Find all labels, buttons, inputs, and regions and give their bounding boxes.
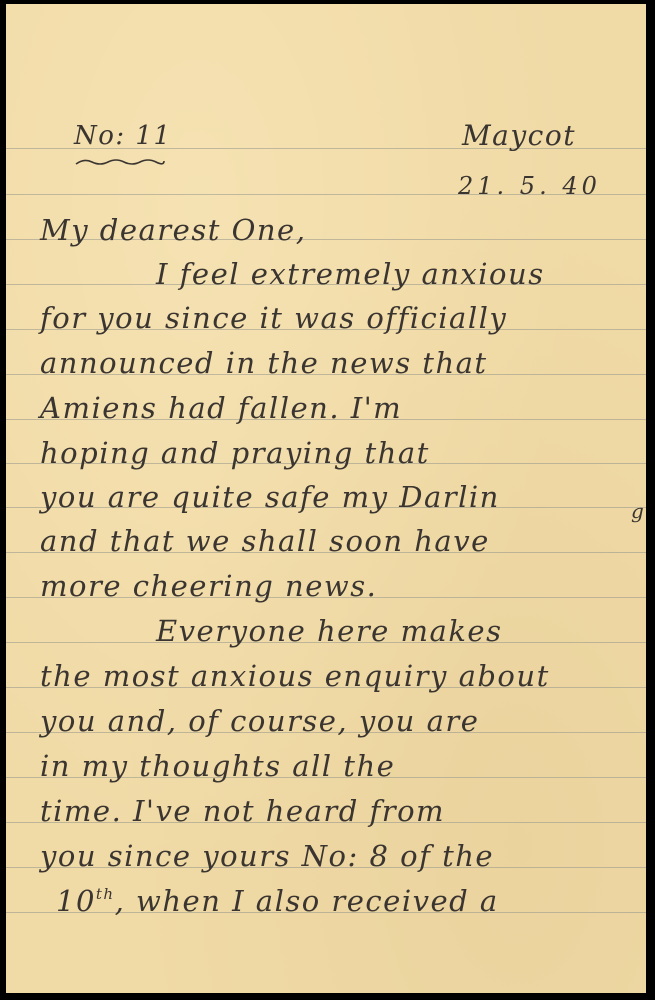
date-ordinal-number: 10 — [56, 884, 96, 918]
letter-line: and that we shall soon have — [40, 527, 490, 556]
letter-line: announced in the news that — [40, 349, 488, 378]
ordinal-suffix: th — [96, 885, 115, 903]
underline-squiggle-icon — [74, 157, 166, 167]
letter-line: the most anxious enquiry about — [40, 662, 550, 691]
letter-line: for you since it was officially — [40, 304, 507, 333]
letter-line: time. I've not heard from — [40, 797, 445, 826]
letter-line: in my thoughts all the — [40, 752, 395, 781]
darling-tail: g — [631, 499, 644, 523]
letter-number: No: 11 — [74, 123, 172, 149]
letter-line: you are quite safe my Darlin — [40, 483, 500, 512]
letter-line: Amiens had fallen. I'm — [40, 394, 402, 423]
letter-line: I feel extremely anxious — [156, 260, 545, 289]
letter-place: Maycot — [462, 122, 576, 150]
letter-line: hoping and praying that — [40, 439, 430, 468]
letter-line: you since yours No: 8 of the — [40, 842, 494, 871]
salutation: My dearest One, — [40, 216, 306, 245]
letter-sheet: No: 11 Maycot 21. 5. 40 My dearest One, … — [6, 4, 646, 993]
letter-line: 10th, when I also received a — [56, 887, 499, 916]
letter-line: Everyone here makes — [156, 617, 502, 646]
letter-line: you and, of course, you are — [40, 707, 479, 736]
letter-date: 21. 5. 40 — [458, 174, 601, 198]
letter-line-text: , when I also received a — [115, 884, 499, 918]
letter-line: more cheering news. — [40, 572, 377, 601]
